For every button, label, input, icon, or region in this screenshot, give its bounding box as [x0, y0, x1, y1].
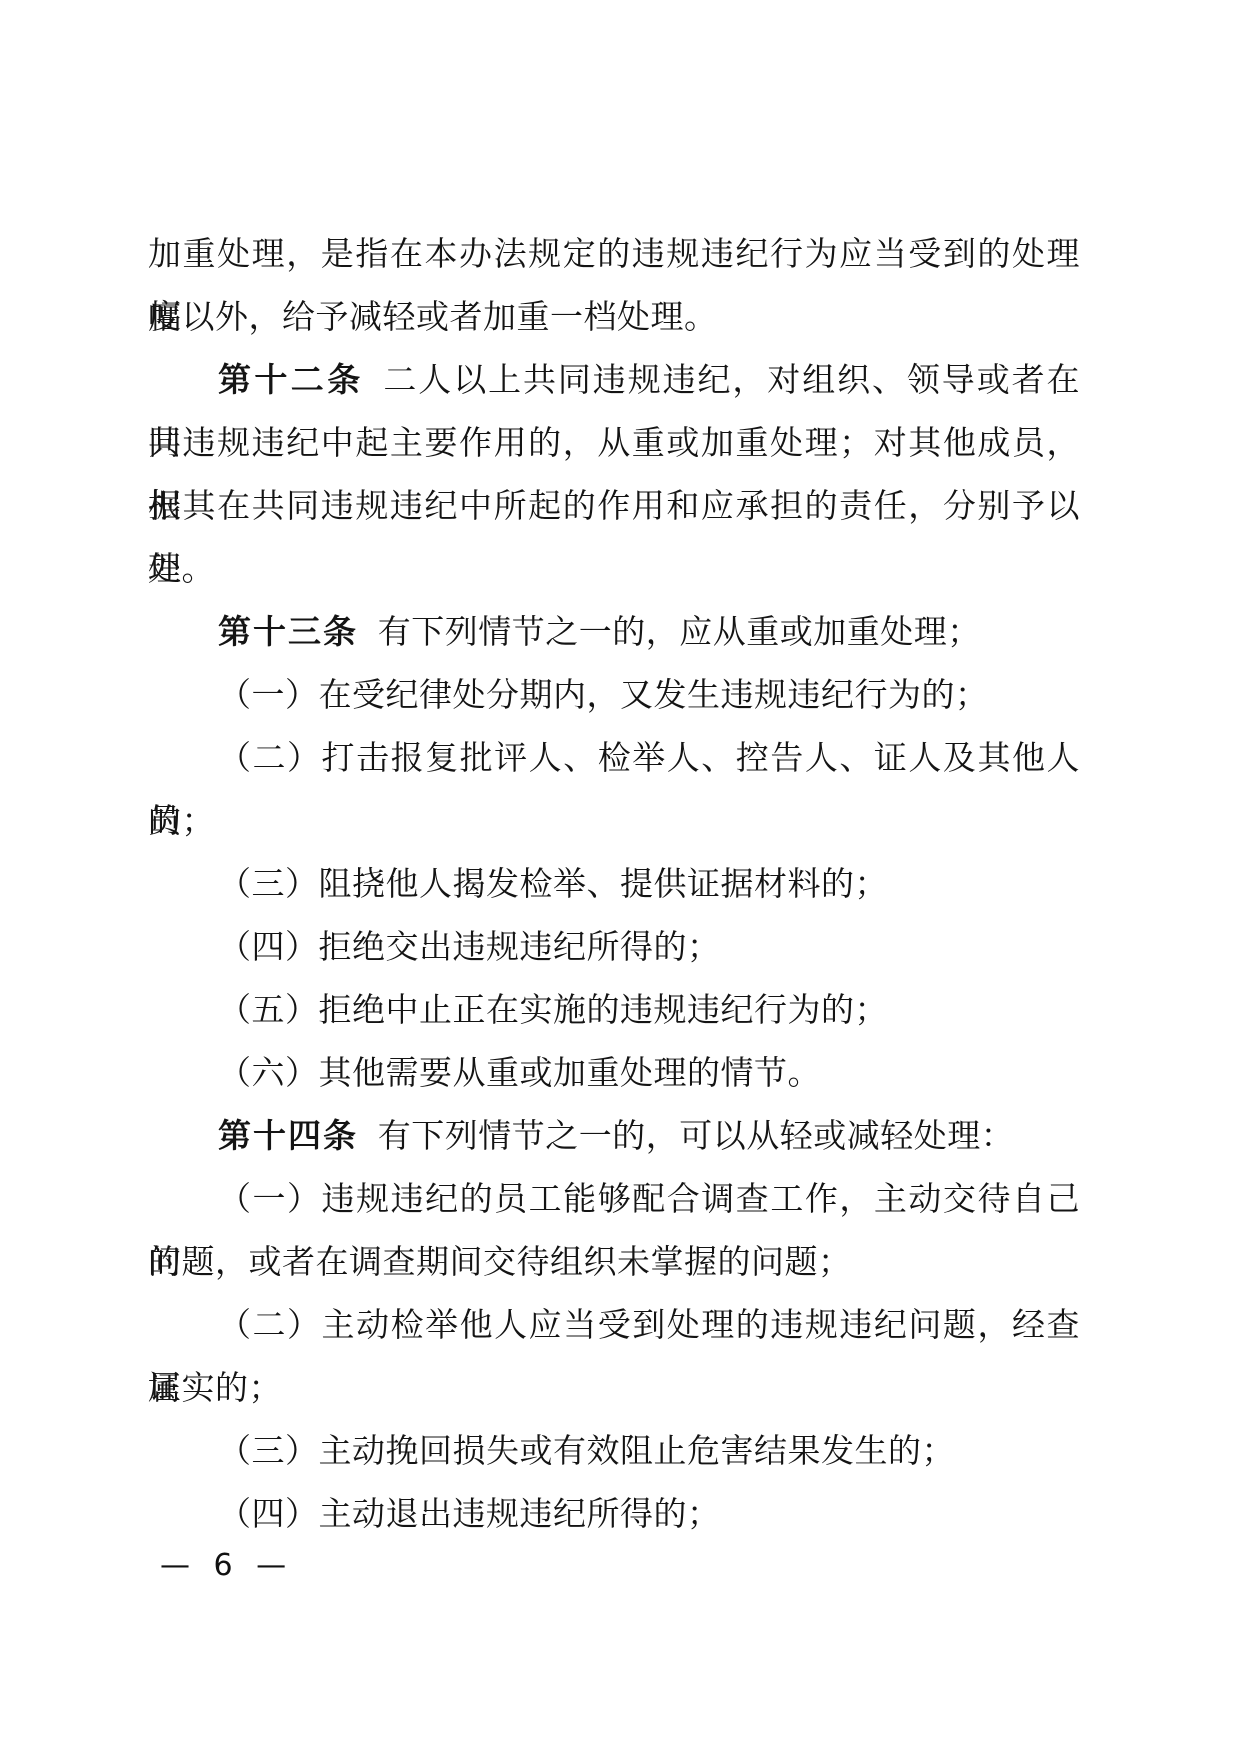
text-line-item: （一）在受纪律处分期内，又发生违规违纪行为的； [148, 663, 1080, 726]
text-line-item: （二）打击报复批评人、检举人、控告人、证人及其他人员 [148, 726, 1080, 789]
text-line: 加重处理，是指在本办法规定的违规违纪行为应当受到的处理幅 [148, 222, 1080, 285]
page-number-footer: — 6 — [160, 1546, 293, 1586]
text-line: 的； [148, 789, 1080, 852]
document-page: 加重处理，是指在本办法规定的违规违纪行为应当受到的处理幅 度以外，给予减轻或者加… [0, 0, 1240, 1754]
text-line-item: （四）拒绝交出违规违纪所得的； [148, 915, 1080, 978]
text-line: 理。 [148, 537, 1080, 600]
text-line-article-13: 第十三条有下列情节之一的，应从重或加重处理； [148, 600, 1080, 663]
text-line: 据其在共同违规违纪中所起的作用和应承担的责任，分别予以处 [148, 474, 1080, 537]
text-line-item: （一）违规违纪的员工能够配合调查工作，主动交待自己的 [148, 1167, 1080, 1230]
article-number: 第十四条 [218, 1116, 358, 1155]
text-line-item: （五）拒绝中止正在实施的违规违纪行为的； [148, 978, 1080, 1041]
text-line: 同违规违纪中起主要作用的，从重或加重处理；对其他成员，根 [148, 411, 1080, 474]
article-text: 有下列情节之一的，可以从轻或减轻处理： [378, 1116, 1015, 1155]
text-line-item: （二）主动检举他人应当受到处理的违规违纪问题，经查证 [148, 1293, 1080, 1356]
text-line-item: （三）阻挠他人揭发检举、提供证据材料的； [148, 852, 1080, 915]
article-text: 有下列情节之一的，应从重或加重处理； [378, 612, 981, 651]
text-line: 度以外，给予减轻或者加重一档处理。 [148, 285, 1080, 348]
text-line-article-14: 第十四条有下列情节之一的，可以从轻或减轻处理： [148, 1104, 1080, 1167]
article-number: 第十二条 [218, 360, 364, 399]
text-line: 问题，或者在调查期间交待组织未掌握的问题； [148, 1230, 1080, 1293]
document-body: 加重处理，是指在本办法规定的违规违纪行为应当受到的处理幅 度以外，给予减轻或者加… [148, 222, 1080, 1545]
text-line: 属实的； [148, 1356, 1080, 1419]
text-line-item: （六）其他需要从重或加重处理的情节。 [148, 1041, 1080, 1104]
article-number: 第十三条 [218, 612, 358, 651]
text-line-item: （四）主动退出违规违纪所得的； [148, 1482, 1080, 1545]
text-line-item: （三）主动挽回损失或有效阻止危害结果发生的； [148, 1419, 1080, 1482]
text-line-article-12: 第十二条二人以上共同违规违纪，对组织、领导或者在共 [148, 348, 1080, 411]
